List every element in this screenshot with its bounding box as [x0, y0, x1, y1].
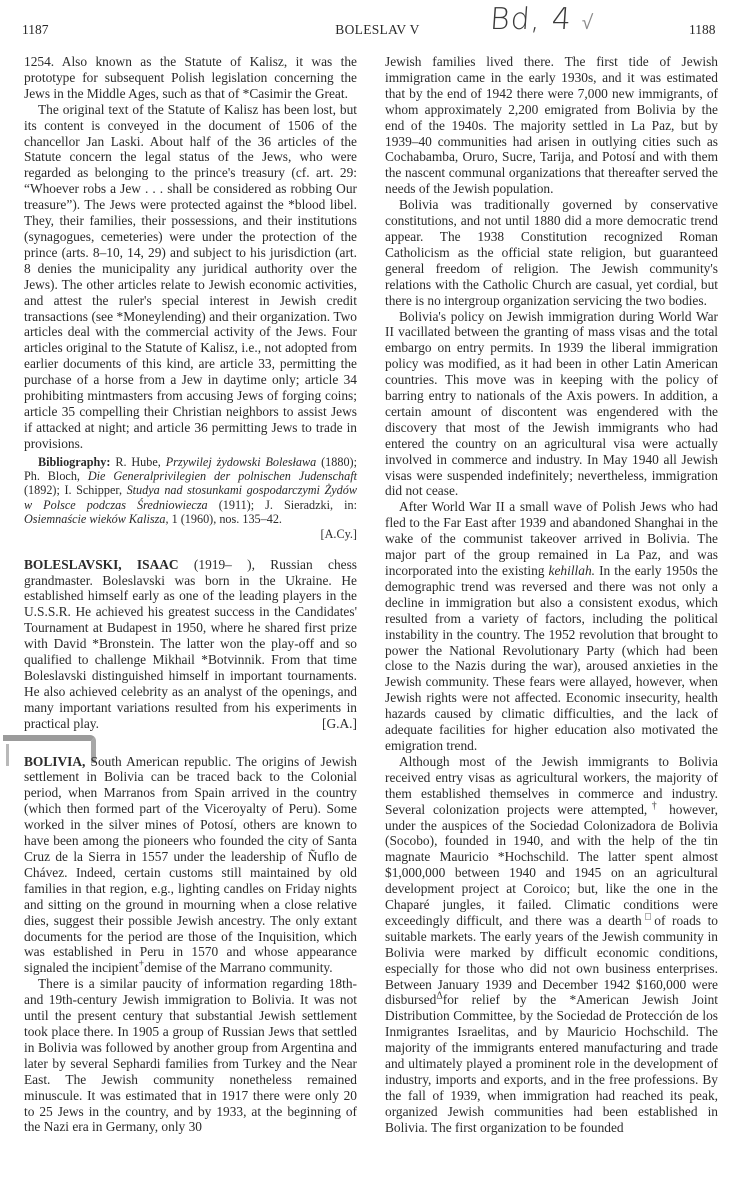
pencil-tick-mark [6, 744, 9, 766]
page-number-right: 1188 [689, 22, 716, 38]
biblio-text: 1 (1960), nos. 135–42. [169, 512, 282, 526]
author-signature: [G.A.] [322, 716, 357, 732]
running-title: BOLESLAV V [0, 22, 755, 38]
boleslav-paragraph-1: 1254. Also known as the Statute of Kalis… [24, 54, 357, 102]
entry-bolivia: BOLIVIA, South American republic. The or… [24, 754, 357, 977]
bibliography-label: Bibliography: [38, 455, 110, 469]
paragraph-text: In the early 1950s the demographic trend… [385, 563, 718, 753]
author-signature: [A.Cy.] [24, 527, 357, 543]
headword: BOLIVIA, [24, 754, 85, 769]
biblio-text: R. Hube, [110, 455, 165, 469]
entry-text: (1919– ), Russian chess grandmaster. Bol… [24, 557, 357, 731]
bolivia-paragraph-5: Bolivia's policy on Jewish immigration d… [385, 309, 718, 500]
biblio-title: Osiemnaście wieków Kalisza, [24, 512, 169, 526]
bolivia-paragraph-6: After World War II a small wave of Polis… [385, 499, 718, 754]
biblio-title: Die Generalprivilegien der polnischen Ju… [88, 469, 357, 483]
bolivia-paragraph-3: Jewish families lived there. The first t… [385, 54, 718, 197]
paragraph-text: however, under the auspices of the Socie… [385, 802, 718, 928]
entry-text: demise of the Marrano community. [144, 960, 332, 975]
biblio-text: (1911); J. Sieradzki, in: [208, 498, 357, 512]
bolivia-paragraph-7: Although most of the Jewish immigrants t… [385, 754, 718, 1136]
entry-boleslavski: BOLESLAVSKI, ISAAC (1919– ), Russian che… [24, 557, 357, 732]
italic-term: kehillah. [549, 563, 595, 578]
biblio-title: Przywilej żydowski Bolesława [166, 455, 317, 469]
paragraph-text: for relief by the *American Jewish Joint… [385, 992, 718, 1134]
checkmark-icon: √ [581, 10, 595, 34]
bolivia-paragraph-2: There is a similar paucity of informatio… [24, 976, 357, 1135]
page-header: 1187 BOLESLAV V Bd, 4√ 1188 [0, 22, 755, 42]
handwritten-note: Bd, 4 [489, 2, 573, 37]
handwritten-annotation: Bd, 4√ [489, 2, 595, 37]
bolivia-paragraph-4: Bolivia was traditionally governed by co… [385, 197, 718, 308]
boleslav-paragraph-2: The original text of the Statute of Kali… [24, 102, 357, 452]
entry-text: South American republic. The origins of … [24, 754, 357, 976]
left-column: 1254. Also known as the Statute of Kalis… [24, 54, 357, 1135]
dagger-edit-mark-icon: † [647, 800, 661, 811]
bibliography: Bibliography: R. Hube, Przywilej żydowsk… [24, 455, 357, 527]
box-edit-mark-icon: □ [642, 911, 655, 922]
headword: BOLESLAVSKI, ISAAC [24, 557, 179, 572]
right-column: Jewish families lived there. The first t… [385, 54, 718, 1136]
biblio-text: (1892); I. Schipper, [24, 483, 127, 497]
